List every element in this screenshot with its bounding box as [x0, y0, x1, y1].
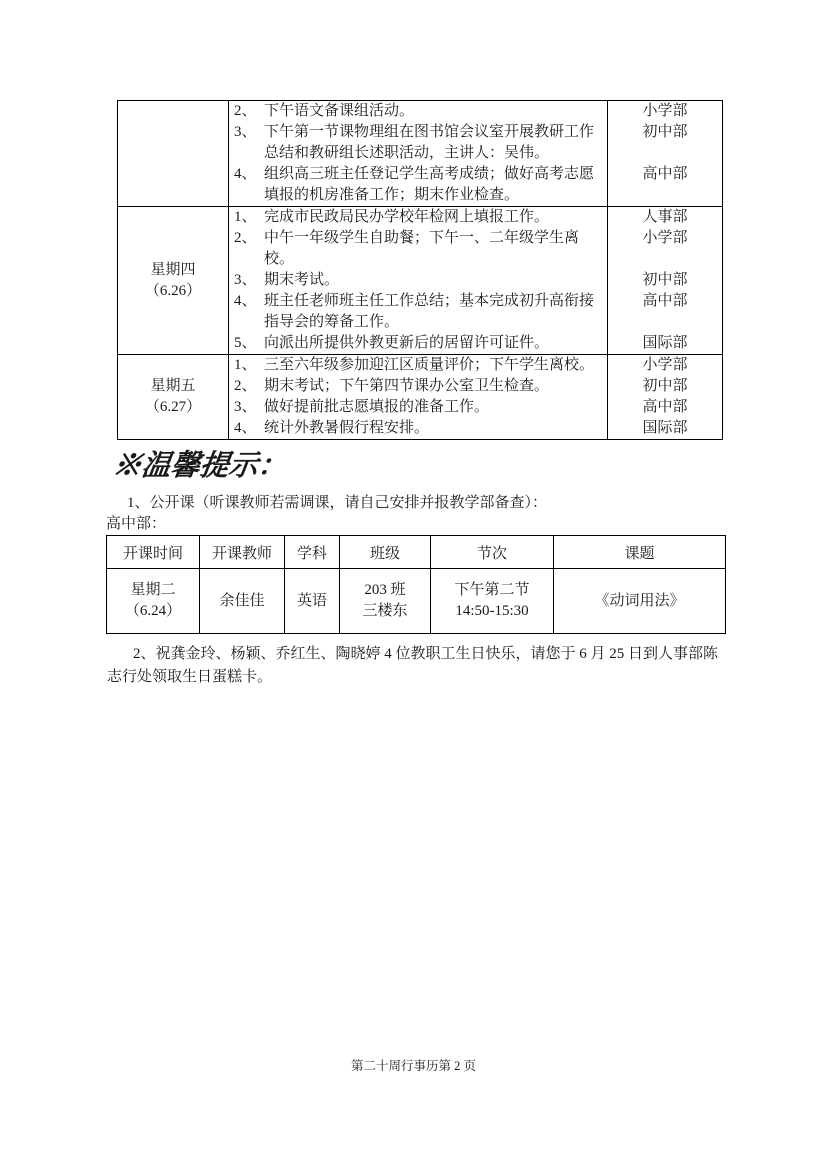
- department-section-label: 高中部：: [106, 514, 827, 535]
- item-body: 向派出所提供外教更新后的居留许可证件。: [264, 335, 549, 351]
- schedule-row-continued: 2、下午语文备课组活动。 小学部 3、下午第一节课物理组在图书馆会议室开展教研工…: [118, 101, 722, 206]
- department-label: 小学部: [607, 101, 722, 122]
- date-label: （6.26）: [145, 281, 201, 302]
- item-text: 3、做好提前批志愿填报的准备工作。: [229, 397, 607, 418]
- items-cell: 1、三至六年级参加迎江区质量评价；下午学生离校。 小学部 2、期末考试；下午第四…: [229, 355, 722, 439]
- department-label: 初中部: [607, 376, 722, 397]
- item-text: 2、中午一年级学生自助餐；下午一、二年级学生离校。: [229, 228, 607, 270]
- cell-class-line2: 三楼东: [340, 601, 430, 622]
- item-body: 中午一年级学生自助餐；下午一、二年级学生离校。: [264, 230, 579, 267]
- item-body: 期末考试。: [264, 272, 339, 288]
- item-number: 4、: [234, 291, 264, 312]
- column-header-topic: 课题: [554, 536, 726, 569]
- cell-teacher: 余佳佳: [200, 569, 285, 634]
- cell-topic: 《动词用法》: [554, 569, 726, 634]
- schedule-item: 4、组织高三班主任登记学生高考成绩；做好高考志愿填报的机房准备工作；期末作业检查…: [229, 164, 722, 206]
- open-class-header-row: 开课时间 开课教师 学科 班级 节次 课题: [107, 536, 726, 569]
- page-footer: 第二十周行事历第 2 页: [0, 1056, 827, 1076]
- cell-time-date: （6.24）: [107, 601, 199, 622]
- item-text: 3、期末考试。: [229, 270, 607, 291]
- item-number: 2、: [234, 228, 264, 249]
- weekly-schedule-table: 2、下午语文备课组活动。 小学部 3、下午第一节课物理组在图书馆会议室开展教研工…: [117, 100, 723, 440]
- department-label: 国际部: [607, 333, 722, 354]
- schedule-item: 4、班主任老师班主任工作总结；基本完成初升高衔接指导会的筹备工作。 高中部: [229, 291, 722, 333]
- item-body: 下午语文备课组活动。: [264, 103, 414, 119]
- department-label: 初中部: [607, 122, 722, 164]
- date-label: （6.27）: [145, 397, 201, 418]
- item-text: 1、三至六年级参加迎江区质量评价；下午学生离校。: [229, 355, 607, 376]
- department-label: 小学部: [607, 228, 722, 270]
- department-label: 高中部: [607, 397, 722, 418]
- cell-period-line2: 14:50-15:30: [431, 601, 553, 622]
- item-number: 5、: [234, 333, 264, 354]
- open-class-table: 开课时间 开课教师 学科 班级 节次 课题 星期二 （6.24） 余佳佳 英语 …: [106, 535, 726, 634]
- schedule-item: 1、三至六年级参加迎江区质量评价；下午学生离校。 小学部: [229, 355, 722, 376]
- items-cell: 1、完成市民政局民办学校年检网上填报工作。 人事部 2、中午一年级学生自助餐；下…: [229, 207, 722, 354]
- day-label: 星期四: [150, 260, 195, 281]
- item-number: 2、: [234, 101, 264, 122]
- day-cell: 星期五 （6.27）: [118, 355, 229, 439]
- item-number: 4、: [234, 418, 264, 439]
- department-label: 国际部: [607, 418, 722, 439]
- cell-class: 203 班 三楼东: [340, 569, 431, 634]
- items-cell: 2、下午语文备课组活动。 小学部 3、下午第一节课物理组在图书馆会议室开展教研工…: [229, 101, 722, 206]
- schedule-item: 3、下午第一节课物理组在图书馆会议室开展教研工作总结和教研组长述职活动，主讲人：…: [229, 122, 722, 164]
- department-label: 小学部: [607, 355, 722, 376]
- column-header-class: 班级: [340, 536, 431, 569]
- schedule-item: 2、中午一年级学生自助餐；下午一、二年级学生离校。 小学部: [229, 228, 722, 270]
- cell-subject: 英语: [285, 569, 340, 634]
- item-text: 3、下午第一节课物理组在图书馆会议室开展教研工作总结和教研组长述职活动，主讲人：…: [229, 122, 607, 164]
- day-label: 星期五: [150, 376, 195, 397]
- birthday-note: 2、祝龚金玲、杨颖、乔红生、陶晓婷 4 位教职工生日快乐，请您于 6 月 25 …: [107, 643, 723, 689]
- department-label: 高中部: [607, 164, 722, 206]
- open-class-data-row: 星期二 （6.24） 余佳佳 英语 203 班 三楼东 下午第二节 14:50-…: [107, 569, 726, 634]
- item-number: 1、: [234, 355, 264, 376]
- item-body: 组织高三班主任登记学生高考成绩；做好高考志愿填报的机房准备工作；期末作业检查。: [264, 166, 594, 203]
- item-text: 1、完成市民政局民办学校年检网上填报工作。: [229, 207, 607, 228]
- item-text: 4、统计外教暑假行程安排。: [229, 418, 607, 439]
- column-header-period: 节次: [431, 536, 554, 569]
- column-header-subject: 学科: [285, 536, 340, 569]
- schedule-item: 4、统计外教暑假行程安排。 国际部: [229, 418, 722, 439]
- item-body: 完成市民政局民办学校年检网上填报工作。: [264, 209, 549, 225]
- cell-period: 下午第二节 14:50-15:30: [431, 569, 554, 634]
- item-body: 期末考试；下午第四节课办公室卫生检查。: [264, 378, 549, 394]
- item-number: 3、: [234, 122, 264, 143]
- cell-period-line1: 下午第二节: [431, 580, 553, 601]
- item-number: 3、: [234, 397, 264, 418]
- item-text: 4、组织高三班主任登记学生高考成绩；做好高考志愿填报的机房准备工作；期末作业检查…: [229, 164, 607, 206]
- item-body: 下午第一节课物理组在图书馆会议室开展教研工作总结和教研组长述职活动，主讲人：吴伟…: [264, 124, 594, 161]
- item-text: 2、期末考试；下午第四节课办公室卫生检查。: [229, 376, 607, 397]
- cell-time: 星期二 （6.24）: [107, 569, 200, 634]
- department-label: 初中部: [607, 270, 722, 291]
- column-header-teacher: 开课教师: [200, 536, 285, 569]
- column-header-time: 开课时间: [107, 536, 200, 569]
- document-page: 2、下午语文备课组活动。 小学部 3、下午第一节课物理组在图书馆会议室开展教研工…: [0, 0, 827, 1169]
- open-class-note: 1、公开课（听课教师若需调课，请自己安排并报教学部备查）：: [107, 492, 723, 514]
- item-text: 5、向派出所提供外教更新后的居留许可证件。: [229, 333, 607, 354]
- item-body: 统计外教暑假行程安排。: [264, 420, 429, 436]
- schedule-item: 1、完成市民政局民办学校年检网上填报工作。 人事部: [229, 207, 722, 228]
- item-number: 2、: [234, 376, 264, 397]
- department-label: 人事部: [607, 207, 722, 228]
- schedule-item: 3、做好提前批志愿填报的准备工作。 高中部: [229, 397, 722, 418]
- schedule-item: 5、向派出所提供外教更新后的居留许可证件。 国际部: [229, 333, 722, 354]
- cell-time-day: 星期二: [107, 580, 199, 601]
- tips-heading: ※温馨提示：: [110, 446, 736, 486]
- item-text: 2、下午语文备课组活动。: [229, 101, 607, 122]
- item-number: 4、: [234, 164, 264, 185]
- item-body: 做好提前批志愿填报的准备工作。: [264, 399, 489, 415]
- item-number: 3、: [234, 270, 264, 291]
- schedule-item: 2、期末考试；下午第四节课办公室卫生检查。 初中部: [229, 376, 722, 397]
- item-number: 1、: [234, 207, 264, 228]
- schedule-row-thursday: 星期四 （6.26） 1、完成市民政局民办学校年检网上填报工作。 人事部 2、中…: [118, 206, 722, 354]
- schedule-row-friday: 星期五 （6.27） 1、三至六年级参加迎江区质量评价；下午学生离校。 小学部 …: [118, 354, 722, 439]
- department-label: 高中部: [607, 291, 722, 333]
- schedule-item: 3、期末考试。 初中部: [229, 270, 722, 291]
- cell-class-line1: 203 班: [340, 580, 430, 601]
- item-body: 三至六年级参加迎江区质量评价；下午学生离校。: [264, 357, 594, 373]
- item-body: 班主任老师班主任工作总结；基本完成初升高衔接指导会的筹备工作。: [264, 293, 594, 330]
- day-cell: 星期四 （6.26）: [118, 207, 229, 354]
- schedule-item: 2、下午语文备课组活动。 小学部: [229, 101, 722, 122]
- day-cell: [118, 101, 229, 206]
- item-text: 4、班主任老师班主任工作总结；基本完成初升高衔接指导会的筹备工作。: [229, 291, 607, 333]
